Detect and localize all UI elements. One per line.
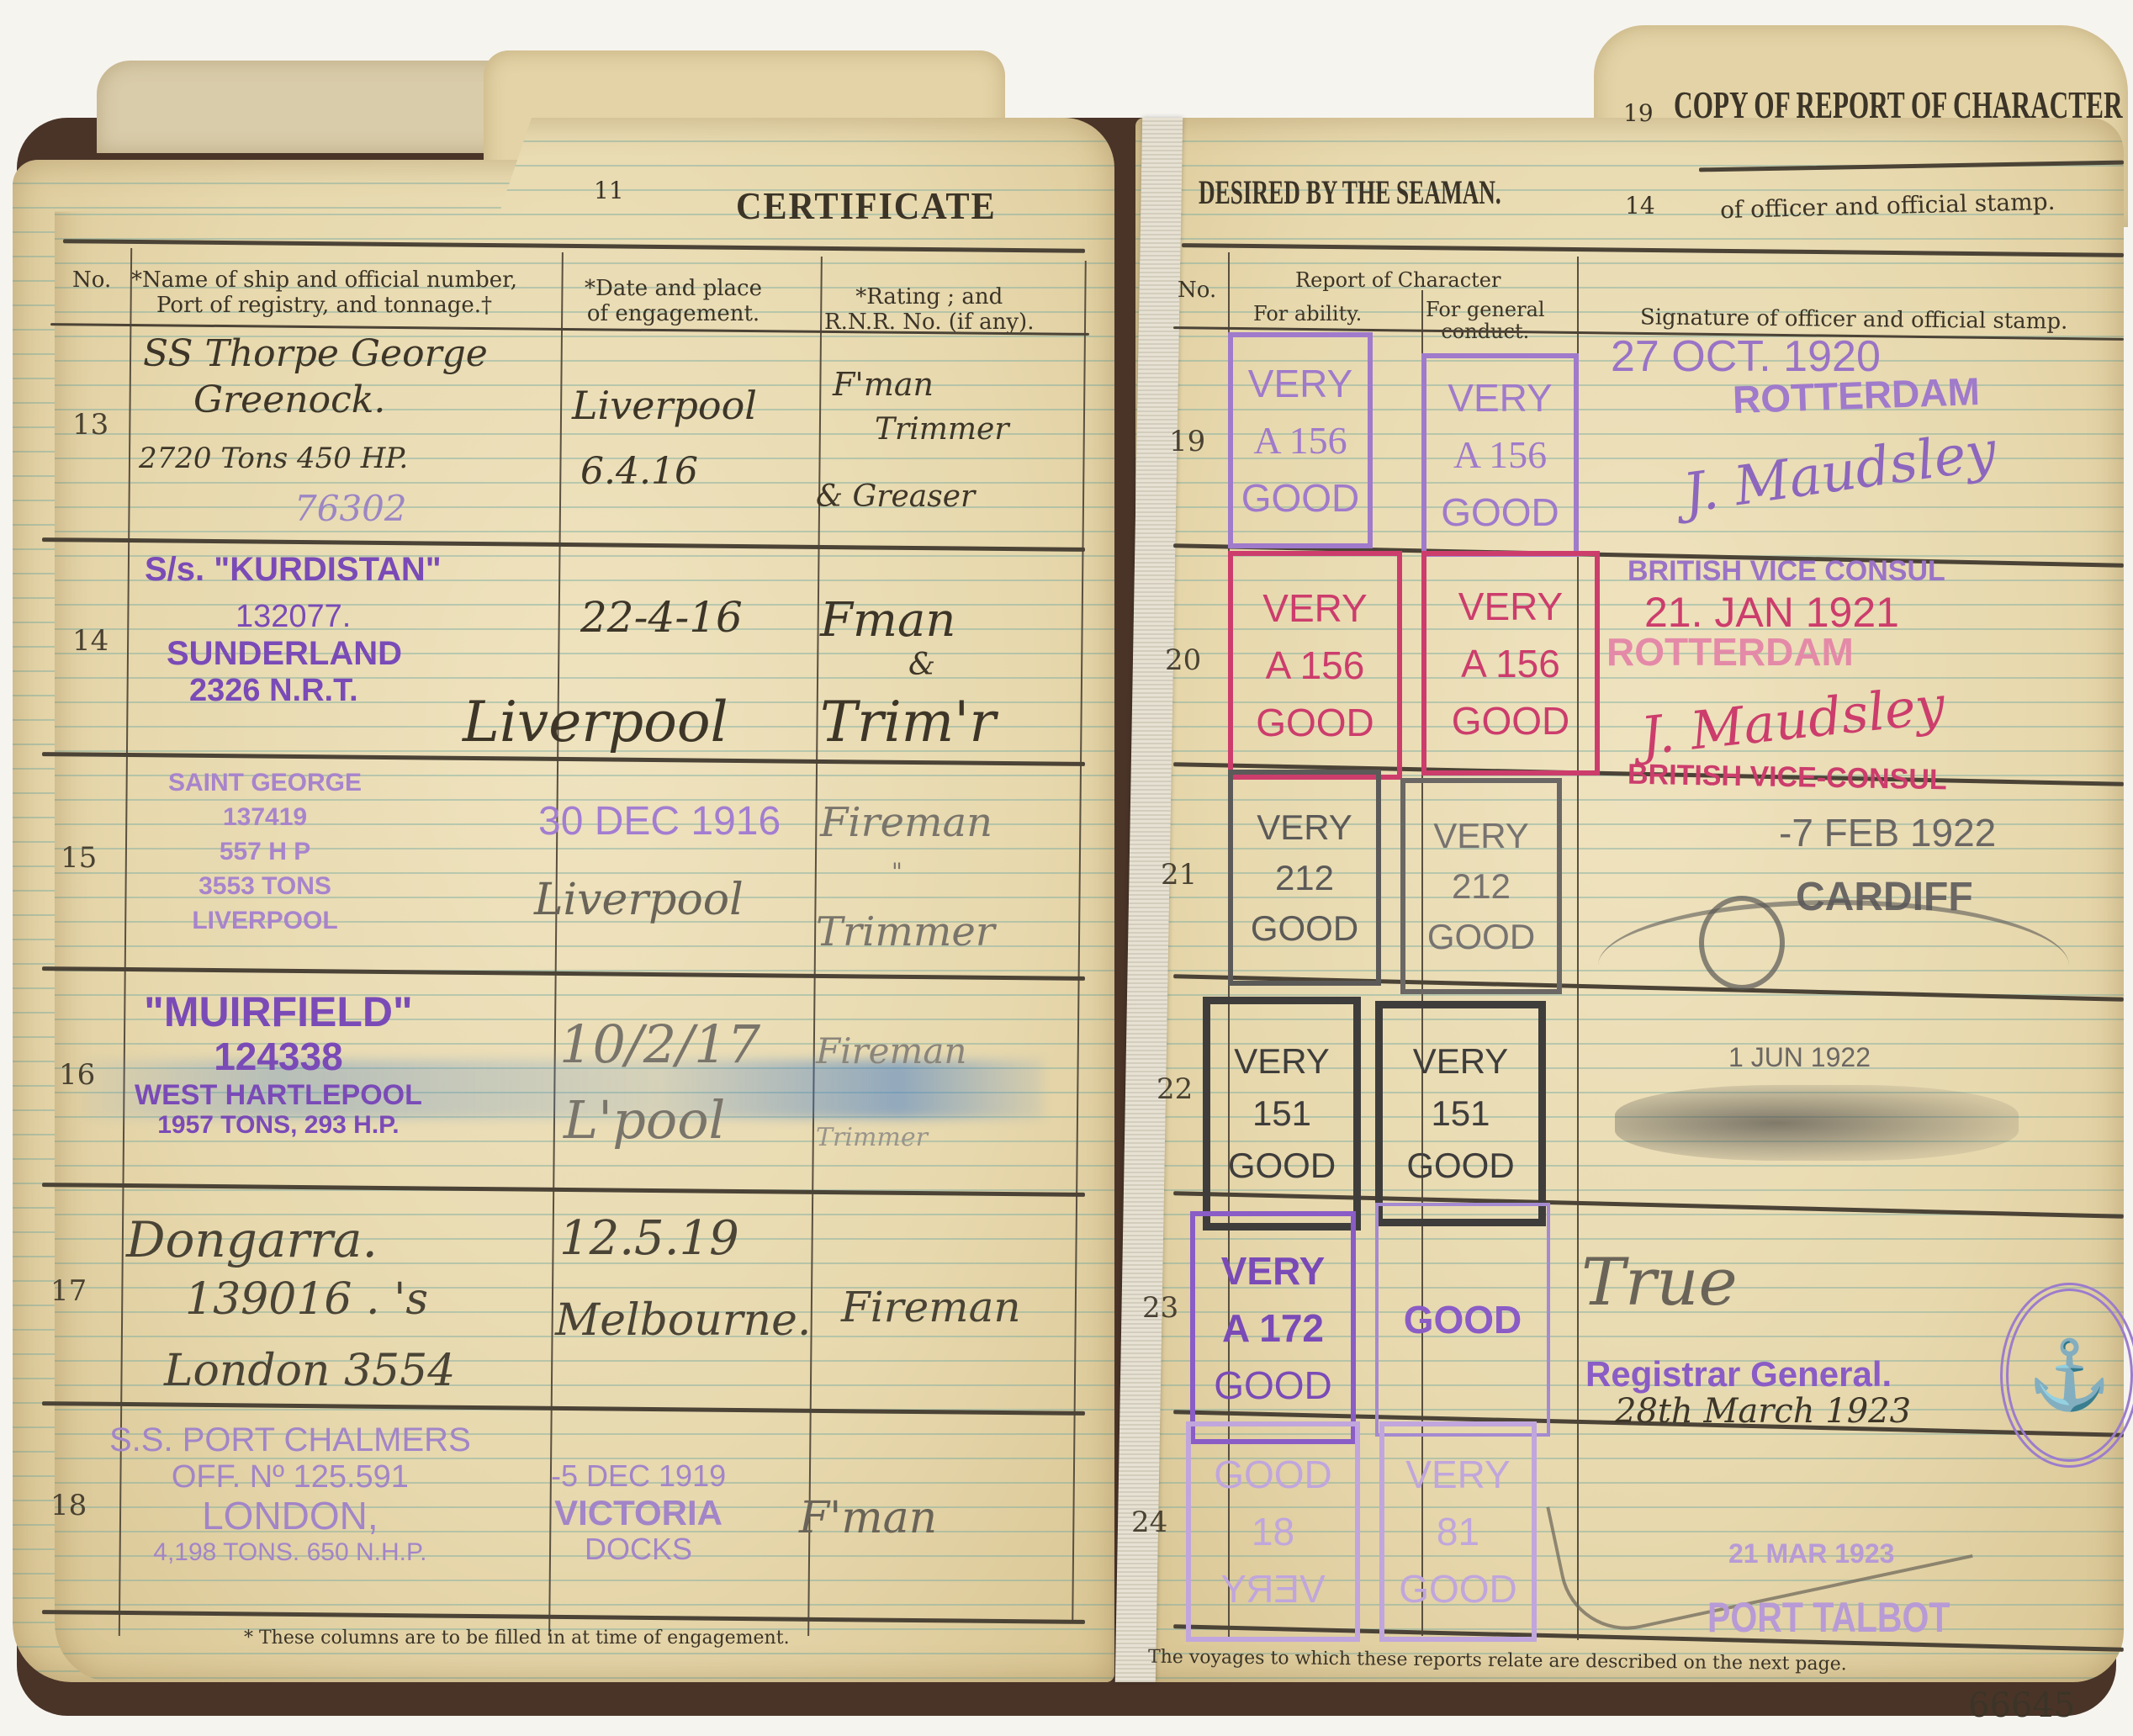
ship-stamp-line: 4,198 TONS. 650 N.H.P.	[109, 1538, 471, 1567]
row-number: 14	[72, 624, 109, 658]
signature-date-stamp: -7 FEB 1922	[1779, 812, 1996, 855]
stamp-line: VERY	[1191, 1560, 1355, 1617]
cardiff-signature-scribble	[1598, 900, 2069, 1031]
stamp-line: VERY	[1233, 355, 1368, 412]
row-number: 16	[59, 1058, 95, 1092]
tab-title: COPY OF REPORT OF CHARACTER	[1674, 82, 2123, 127]
col-header-conduct-line1: For general	[1426, 299, 1545, 320]
row-number: 19	[1169, 425, 1205, 458]
left-back-tab	[97, 61, 551, 153]
engagement-stamp: -5 DEC 1919 VICTORIA DOCKS	[551, 1459, 726, 1567]
col-header-no: No.	[1178, 278, 1216, 303]
stamp-line: GOOD	[1426, 692, 1595, 749]
stamp-line: GOOD	[1195, 1357, 1351, 1414]
rating: Trimmer	[875, 412, 1009, 447]
consul-stamp: BRITISH VICE CONSUL	[1628, 555, 1945, 587]
stamp-line: VERY	[1195, 1242, 1351, 1299]
row-number: 13	[72, 408, 109, 442]
ability-stamp: GOOD 18 VERY	[1186, 1421, 1360, 1642]
engagement-date: 10/2/17	[559, 1014, 760, 1075]
stamp-line: A 156	[1426, 635, 1595, 692]
signature-date-stamp: 1 JUN 1922	[1728, 1043, 1871, 1073]
stamp-line: A 156	[1426, 426, 1574, 484]
conduct-stamp: VERY 81 GOOD	[1379, 1421, 1537, 1642]
page-number-right: 14	[1625, 192, 1655, 220]
stamp-line: VERY	[1233, 802, 1376, 853]
stamp-line: VERY	[1383, 1035, 1538, 1088]
ship-stamp: SAINT GEORGE 137419 557 H P 3553 TONS LI…	[168, 765, 362, 938]
signature-date-stamp: 21 MAR 1923	[1728, 1539, 1894, 1569]
col-header-ship-line2: Port of registry, and tonnage.†	[131, 293, 517, 318]
ship-stamp-line: 124338	[135, 1035, 422, 1079]
rating: & Greaser	[816, 479, 975, 514]
page-title-certificate: CERTIFICATE	[736, 183, 997, 228]
col-header-rating-line1: *Rating ; and	[824, 284, 1034, 310]
row-number: 15	[61, 841, 97, 875]
tab-page-number: 19	[1623, 99, 1654, 127]
engagement-place: Melbourne.	[555, 1295, 811, 1346]
ship-stamp-line: SAINT GEORGE	[168, 765, 362, 800]
ship-name: SS Thorpe George	[143, 332, 488, 375]
row-number: 20	[1165, 643, 1201, 677]
ship-name: Dongarra.	[126, 1211, 378, 1268]
stamp-line: GOOD	[1426, 484, 1574, 541]
ship-stamp-line: S/s. "KURDISTAN"	[145, 551, 442, 589]
rating: F'man	[799, 1493, 937, 1543]
col-header-ability: For ability.	[1253, 301, 1362, 326]
row-number: 23	[1142, 1291, 1178, 1325]
row-number: 17	[50, 1274, 87, 1308]
rating: Trimmer	[816, 908, 995, 955]
ability-stamp: VERY A 156 GOOD	[1228, 332, 1373, 548]
stamp-line: VERY	[1384, 1446, 1532, 1503]
ship-stamp-line: S.S. PORT CHALMERS	[109, 1421, 471, 1459]
rating: Fireman	[816, 1030, 966, 1072]
stamp-line: 212	[1233, 853, 1376, 903]
conduct-stamp: VERY 151 GOOD	[1375, 1001, 1546, 1226]
rating: Trimmer	[816, 1123, 928, 1152]
page-number-left: 11	[594, 177, 624, 204]
footnote-left: * These columns are to be filled in at t…	[244, 1627, 790, 1649]
signature-place-stamp: PORT TALBOT	[1707, 1594, 1950, 1641]
stamp-line: VERY	[1426, 369, 1574, 426]
ship-stamp-line: 132077.	[236, 599, 351, 635]
officer-signature: True	[1581, 1245, 1738, 1321]
row-number: 22	[1156, 1072, 1193, 1106]
stamp-line: GOOD	[1383, 1140, 1538, 1192]
conduct-stamp: VERY A 156 GOOD	[1421, 353, 1579, 557]
engagement-date-stamp: 30 DEC 1916	[538, 799, 781, 844]
stamp-line: GOOD	[1233, 694, 1397, 751]
stamp-line: GOOD	[1233, 469, 1368, 527]
engagement-place-stamp: DOCKS	[551, 1532, 726, 1566]
rating: Fman	[820, 593, 955, 648]
ability-stamp: VERY A 156 GOOD	[1228, 551, 1402, 780]
page-title-desired: DESIRED BY THE SEAMAN.	[1199, 172, 1501, 212]
col-header-conduct: For general conduct.	[1426, 299, 1545, 342]
ship-stamp-line: 1957 TONS, 293 H.P.	[135, 1111, 422, 1140]
engagement-date: 12.5.19	[559, 1211, 739, 1266]
col-header-report: Report of Character	[1295, 267, 1501, 293]
anchor-seal-stamp: ⚓	[2000, 1283, 2133, 1468]
stamp-line: A 156	[1233, 412, 1368, 469]
col-header-signature: Signature of officer and official stamp.	[1640, 304, 2068, 334]
row-number: 21	[1161, 858, 1197, 892]
engagement-place: L'pool	[564, 1089, 725, 1151]
engagement-place: Liverpool	[572, 383, 757, 428]
conduct-stamp: VERY 212 GOOD	[1400, 778, 1562, 994]
ship-official-number: 139016 . 's	[185, 1274, 428, 1325]
stamp-line: GOOD	[1384, 1560, 1532, 1617]
signature-date: 28th March 1923	[1615, 1392, 1911, 1431]
stamp-line: GOOD	[1379, 1291, 1547, 1348]
col-header-date-line2: of engagement.	[585, 301, 762, 326]
engagement-date: 22-4-16	[580, 593, 743, 642]
ability-stamp: VERY 151 GOOD	[1203, 997, 1361, 1231]
stamp-line: GOOD	[1191, 1446, 1355, 1503]
ship-stamp-line: 3553 TONS	[168, 869, 362, 903]
anchor-icon: ⚓	[2028, 1336, 2112, 1415]
engagement-place-stamp: VICTORIA	[551, 1493, 726, 1532]
stamp-line: VERY	[1405, 811, 1557, 861]
ship-port-tonnage: London 3554	[164, 1346, 455, 1396]
rating: Trim'r	[820, 690, 996, 754]
ship-stamp: "MUIRFIELD" 124338 WEST HARTLEPOOL 1957 …	[135, 988, 422, 1139]
engagement-date: 6.4.16	[580, 450, 698, 493]
stamp-line: 18	[1191, 1503, 1355, 1560]
stamp-line: A 156	[1233, 637, 1397, 694]
rating: "	[892, 858, 902, 886]
signature-place-stamp: ROTTERDAM	[1732, 370, 1980, 422]
stamp-line: VERY	[1426, 578, 1595, 635]
ship-official-number: 76302	[294, 488, 407, 529]
col-header-date-line1: *Date and place	[585, 276, 762, 301]
col-header-rating: *Rating ; and R.N.R. No. (if any).	[824, 284, 1034, 335]
col-header-ship: *Name of ship and official number, Port …	[131, 267, 517, 318]
signature-place-stamp: ROTTERDAM	[1606, 631, 1854, 675]
stamp-line: GOOD	[1233, 903, 1376, 954]
signature-date-stamp: 21. JAN 1921	[1644, 589, 1899, 636]
ship-stamp-line: OFF. Nº 125.591	[109, 1459, 471, 1495]
registrar-stamp: Registrar General.	[1585, 1354, 1892, 1394]
engagement-place: Liverpool	[534, 875, 744, 925]
stamp-line: GOOD	[1210, 1140, 1353, 1192]
rating: Fireman	[841, 1283, 1021, 1331]
row-number: 18	[50, 1489, 87, 1522]
ship-stamp-line: WEST HARTLEPOOL	[135, 1079, 422, 1111]
cardiff-signature-loop	[1699, 896, 1785, 990]
stamp-line: 81	[1384, 1503, 1532, 1560]
consul-stamp: BRITISH VICE-CONSUL	[1628, 759, 1947, 797]
ship-stamp-line: SUNDERLAND	[167, 635, 402, 673]
stamp-line: 151	[1210, 1088, 1353, 1140]
serial-number: 66645	[1968, 1686, 2075, 1725]
engagement-date-stamp: -5 DEC 1919	[551, 1459, 726, 1493]
stamp-line: 212	[1405, 861, 1557, 912]
ship-port: Greenock.	[193, 378, 385, 421]
col-header-no: No.	[72, 267, 111, 293]
ship-stamp-line: LIVERPOOL	[168, 903, 362, 938]
conduct-stamp: VERY A 156 GOOD	[1421, 551, 1600, 775]
row-number: 24	[1131, 1506, 1167, 1539]
ship-stamp-line: "MUIRFIELD"	[135, 988, 422, 1035]
ship-stamp: S.S. PORT CHALMERS OFF. Nº 125.591 LONDO…	[109, 1421, 471, 1566]
rating: F'man	[833, 366, 934, 403]
stamp-line: GOOD	[1405, 912, 1557, 962]
rating: &	[908, 648, 935, 682]
ability-stamp: VERY A 172 GOOD	[1190, 1211, 1356, 1444]
ship-stamp-line: 2326 N.R.T.	[189, 673, 358, 709]
engagement-place: Liverpool	[463, 690, 728, 754]
col-header-ship-line1: *Name of ship and official number,	[131, 267, 517, 293]
stamp-line: 151	[1383, 1088, 1538, 1140]
ship-stamp-line: 557 H P	[168, 834, 362, 869]
ship-stamp-line: 137419	[168, 800, 362, 834]
col-header-date: *Date and place of engagement.	[585, 276, 762, 326]
stamp-line: VERY	[1210, 1035, 1353, 1088]
rating: Fireman	[820, 799, 992, 846]
stamp-line: VERY	[1233, 580, 1397, 637]
ability-stamp: VERY 212 GOOD	[1228, 770, 1381, 986]
ship-stamp-line: LONDON,	[109, 1495, 471, 1538]
stamp-line: A 172	[1195, 1299, 1351, 1357]
signature-scribble	[1615, 1085, 2019, 1161]
ship-tonnage: 2720 Tons 450 HP.	[139, 442, 408, 475]
conduct-stamp: GOOD	[1375, 1203, 1550, 1437]
